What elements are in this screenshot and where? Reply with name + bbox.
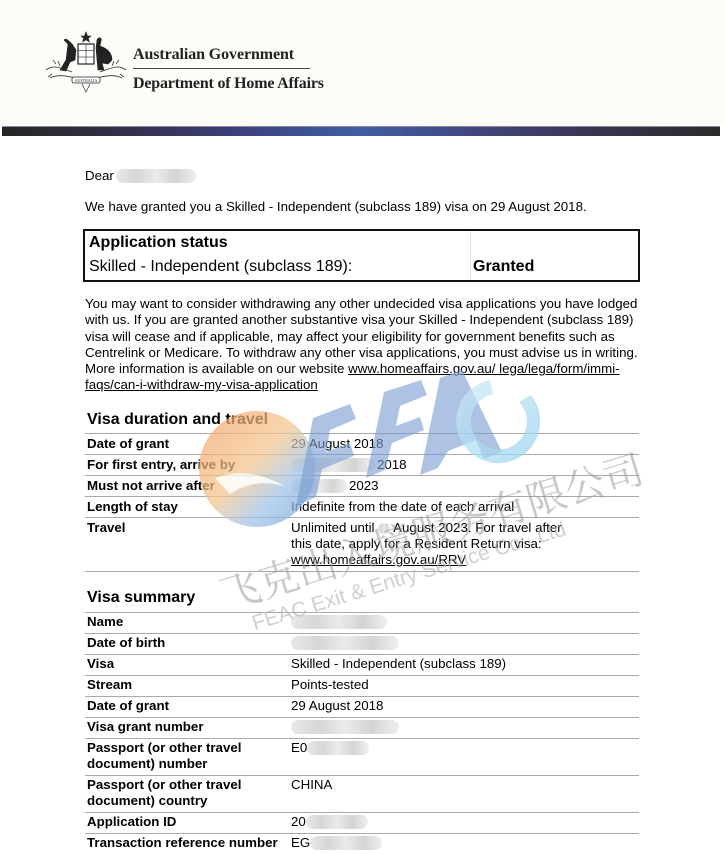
duration-value: 29 August 2018 [291,436,383,452]
row-divider [85,454,639,455]
duration-value: 2018 [291,457,407,473]
summary-label: Stream [87,677,132,693]
passport-prefix: E0 [291,740,307,755]
redacted-day [378,523,390,534]
redacted-passport [307,741,369,755]
redacted-name [116,169,196,183]
status-visa-label: Skilled - Independent (subclass 189): [89,258,352,276]
redacted-application-id [306,815,368,829]
summary-label: Name [87,614,123,630]
travel-text: August 2023. For travel after [390,520,561,535]
label-line: Passport (or other travel [87,777,241,793]
row-divider [85,654,639,655]
summary-value: Skilled - Independent (subclass 189) [291,656,506,672]
summary-value: CHINA [291,777,332,793]
row-divider [85,738,639,739]
row-divider [85,517,639,518]
row-divider [85,812,639,813]
rrv-link[interactable]: www.homeaffairs.gov.au/RRV [291,552,466,567]
row-divider [85,675,639,676]
application-id-prefix: 20 [291,814,306,829]
summary-label: Date of birth [87,635,165,651]
redacted-date [291,458,375,472]
duration-value-year: 2018 [377,457,407,472]
row-divider [85,717,639,718]
duration-label: Length of stay [87,499,178,515]
letter-body: Dear We have granted you a Skilled - Ind… [0,0,725,854]
duration-value-year: 2023 [349,478,379,493]
duration-heading: Visa duration and travel [87,411,268,429]
duration-label: Travel [87,520,125,536]
travel-value: Unlimited until August 2023. For travel … [291,520,562,568]
travel-line: this date, apply for a Resident Return v… [291,536,562,552]
label-line: document) number [87,756,241,772]
status-title: Application status [89,234,228,252]
grant-sentence: We have granted you a Skilled - Independ… [85,199,587,214]
summary-label: Transaction reference number [87,835,278,851]
row-divider [85,433,639,434]
summary-heading: Visa summary [87,589,195,607]
row-divider [85,475,639,476]
summary-value: 20 [291,814,368,830]
summary-value [291,719,399,735]
duration-label: Date of grant [87,436,169,452]
travel-text: Unlimited until [291,520,378,535]
summary-label: Visa grant number [87,719,204,735]
summary-value [291,614,387,630]
duration-label: For first entry, arrive by [87,457,235,473]
redacted-grant-number [291,720,399,734]
summary-value: EG [291,835,382,851]
redacted-name [291,615,387,629]
summary-value: 29 August 2018 [291,698,383,714]
redacted-date [291,479,347,493]
duration-value: Indefinite from the date of each arrival [291,499,514,515]
duration-value: 2023 [291,478,379,494]
summary-value: Points-tested [291,677,369,693]
travel-line: Unlimited until August 2023. For travel … [291,520,562,536]
summary-label: Passport (or other travel document) coun… [87,777,241,809]
summary-label: Application ID [87,814,176,830]
summary-label: Passport (or other travel document) numb… [87,740,241,772]
travel-line: www.homeaffairs.gov.au/RRV [291,552,562,568]
row-divider [85,833,639,834]
salutation: Dear [85,168,196,183]
row-divider [85,496,639,497]
transaction-prefix: EG [291,835,310,850]
summary-value [291,635,399,651]
row-divider [85,775,639,776]
salutation-text: Dear [85,168,114,183]
status-divider [470,231,471,280]
redacted-transaction [310,836,382,850]
status-value: Granted [473,258,534,276]
row-divider [85,612,639,613]
summary-label: Visa [87,656,114,672]
duration-label: Must not arrive after [87,478,215,494]
summary-label: Date of grant [87,698,169,714]
row-divider [85,571,639,572]
withdrawal-notice: You may want to consider withdrawing any… [85,296,645,394]
row-divider [85,696,639,697]
label-line: document) country [87,793,241,809]
summary-value: E0 [291,740,369,756]
redacted-dob [291,636,399,650]
row-divider [85,633,639,634]
application-status-box: Application status Skilled - Independent… [83,229,640,282]
label-line: Passport (or other travel [87,740,241,756]
